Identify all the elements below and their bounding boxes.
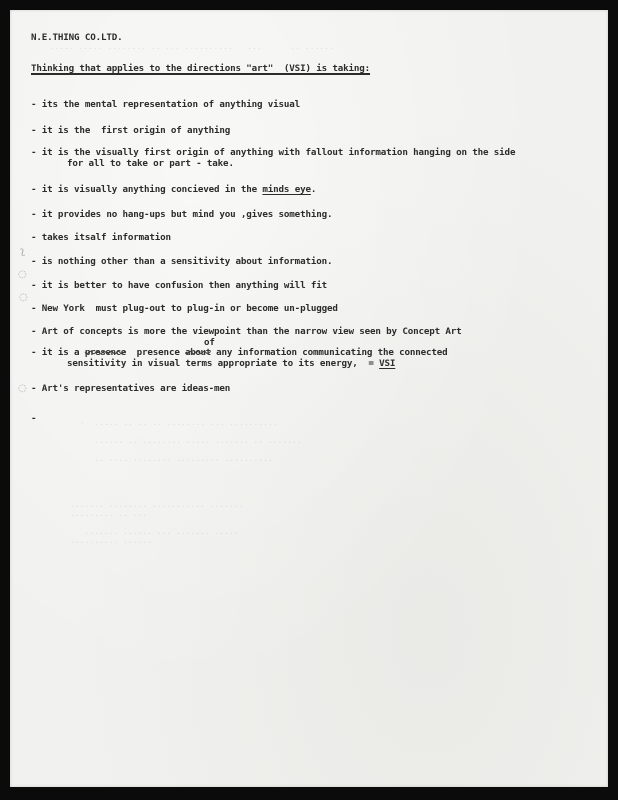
- list-item-continuation: sensitivity in visual terms appropriate …: [67, 358, 395, 369]
- struck-out-word: about: [185, 347, 211, 358]
- list-item: - takes itsalf information: [31, 232, 171, 243]
- underlined-acronym: VSI: [379, 358, 395, 369]
- document-page: ..... ..... ........ .. ... .......... .…: [10, 10, 608, 787]
- struck-out-word: presence: [85, 347, 126, 358]
- list-item: - it is a presence presence about any in…: [31, 347, 448, 358]
- list-item: -: [31, 413, 36, 424]
- bleed-through-texture: ....... ........ ........... ....... ...…: [70, 500, 243, 545]
- list-item: - is nothing other than a sensitivity ab…: [31, 256, 332, 267]
- page-heading: Thinking that applies to the directions …: [31, 63, 370, 74]
- bleed-through-texture: - ..... .. .. .. ........ ... ..........…: [80, 418, 302, 463]
- pencil-mark: ʅ: [20, 246, 25, 257]
- bleed-through-texture: ..... ..... ........ .. ... .......... .…: [40, 42, 334, 51]
- list-item: - its the mental representation of anyth…: [31, 99, 300, 110]
- pencil-circle-mark: ◌: [19, 292, 28, 303]
- list-item: - it is visually anything concieved in t…: [31, 184, 316, 195]
- pencil-circle-mark: ◌: [18, 383, 27, 394]
- pencil-circle-mark: ◌: [18, 269, 27, 280]
- underlined-phrase: minds eye: [262, 184, 310, 195]
- list-item: - it is the visually first origin of any…: [31, 147, 515, 158]
- list-item-continuation: for all to take or part - take.: [67, 158, 234, 169]
- list-item: - it is the first origin of anything: [31, 125, 230, 136]
- list-item: - Art's representatives are ideas-men: [31, 383, 230, 394]
- list-item: - it provides no hang-ups but mind you ,…: [31, 209, 332, 220]
- list-item: - it is better to have confusion then an…: [31, 280, 327, 291]
- list-item: - Art of concepts is more the viewpoint …: [31, 326, 462, 337]
- list-item: - New York must plug-out to plug-in or b…: [31, 303, 338, 314]
- letterhead: N.E.THING CO.LTD.: [31, 32, 122, 43]
